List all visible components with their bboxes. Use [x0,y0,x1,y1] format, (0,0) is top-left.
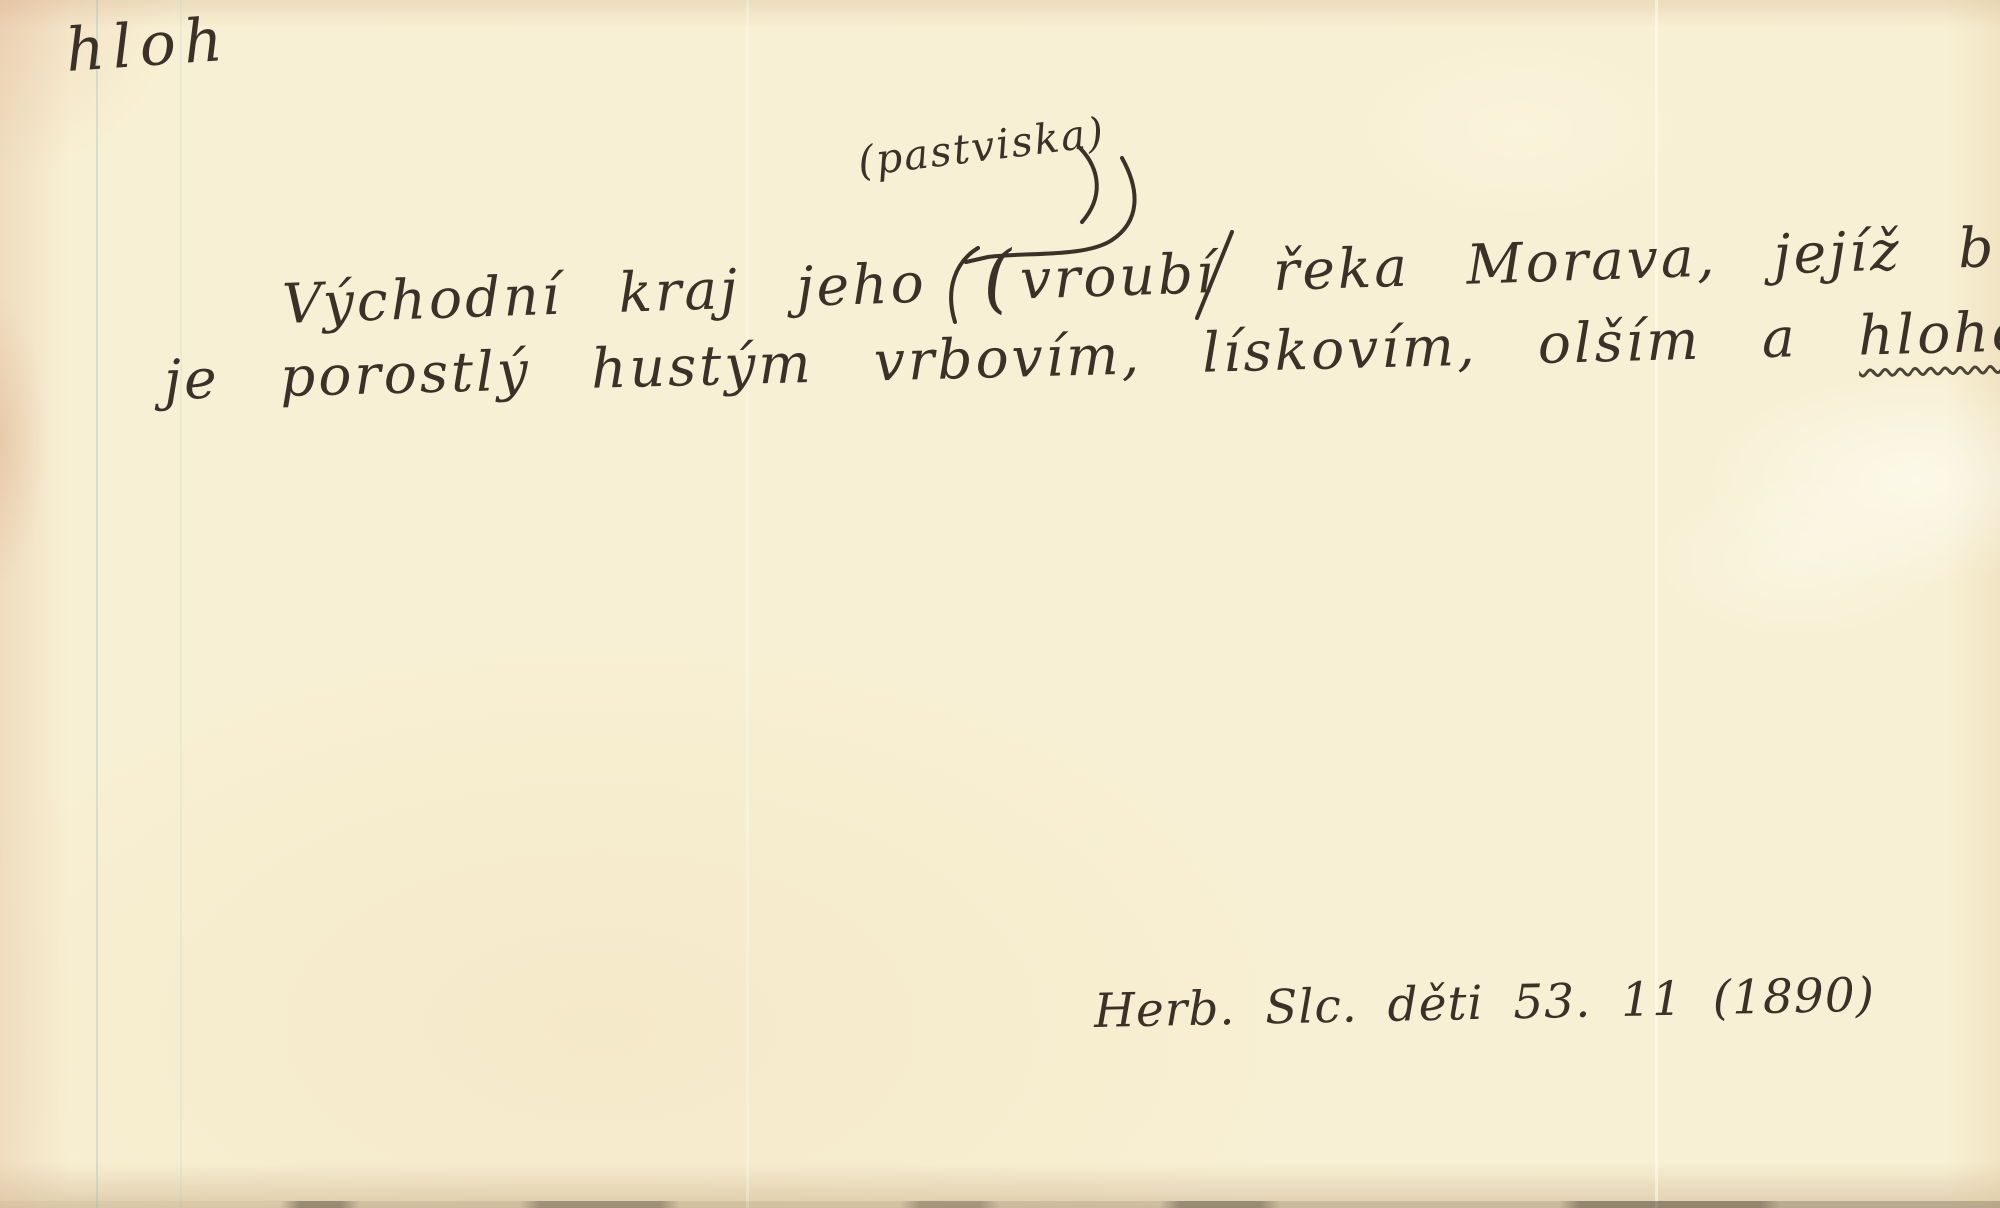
headword: hloh [64,5,233,86]
paper-rule-line [96,0,98,1208]
insertion-marks [0,0,2000,1208]
large-closing-paren-mark [1080,148,1097,222]
paper-rule-line [180,0,182,1208]
paper-crease [746,0,749,1208]
interlinear-insertion: (pastviska) [855,108,1108,186]
manuscript-card: hloh (pastviska) Východní kraj jeho (vro… [0,0,2000,1208]
insertion-bracket: ( [981,234,1016,322]
emphasized-word: hlohem. [1857,297,2000,367]
line1-after-bracket: vroubí řeka Morava, jejíž břeh [1019,212,2000,312]
source-citation: Herb. Slc. děti 53. 11 (1890) [1093,968,1875,1039]
line1-before-bracket: Východní kraj jeho [281,249,984,336]
paper-bottom-edge [0,1201,2000,1208]
